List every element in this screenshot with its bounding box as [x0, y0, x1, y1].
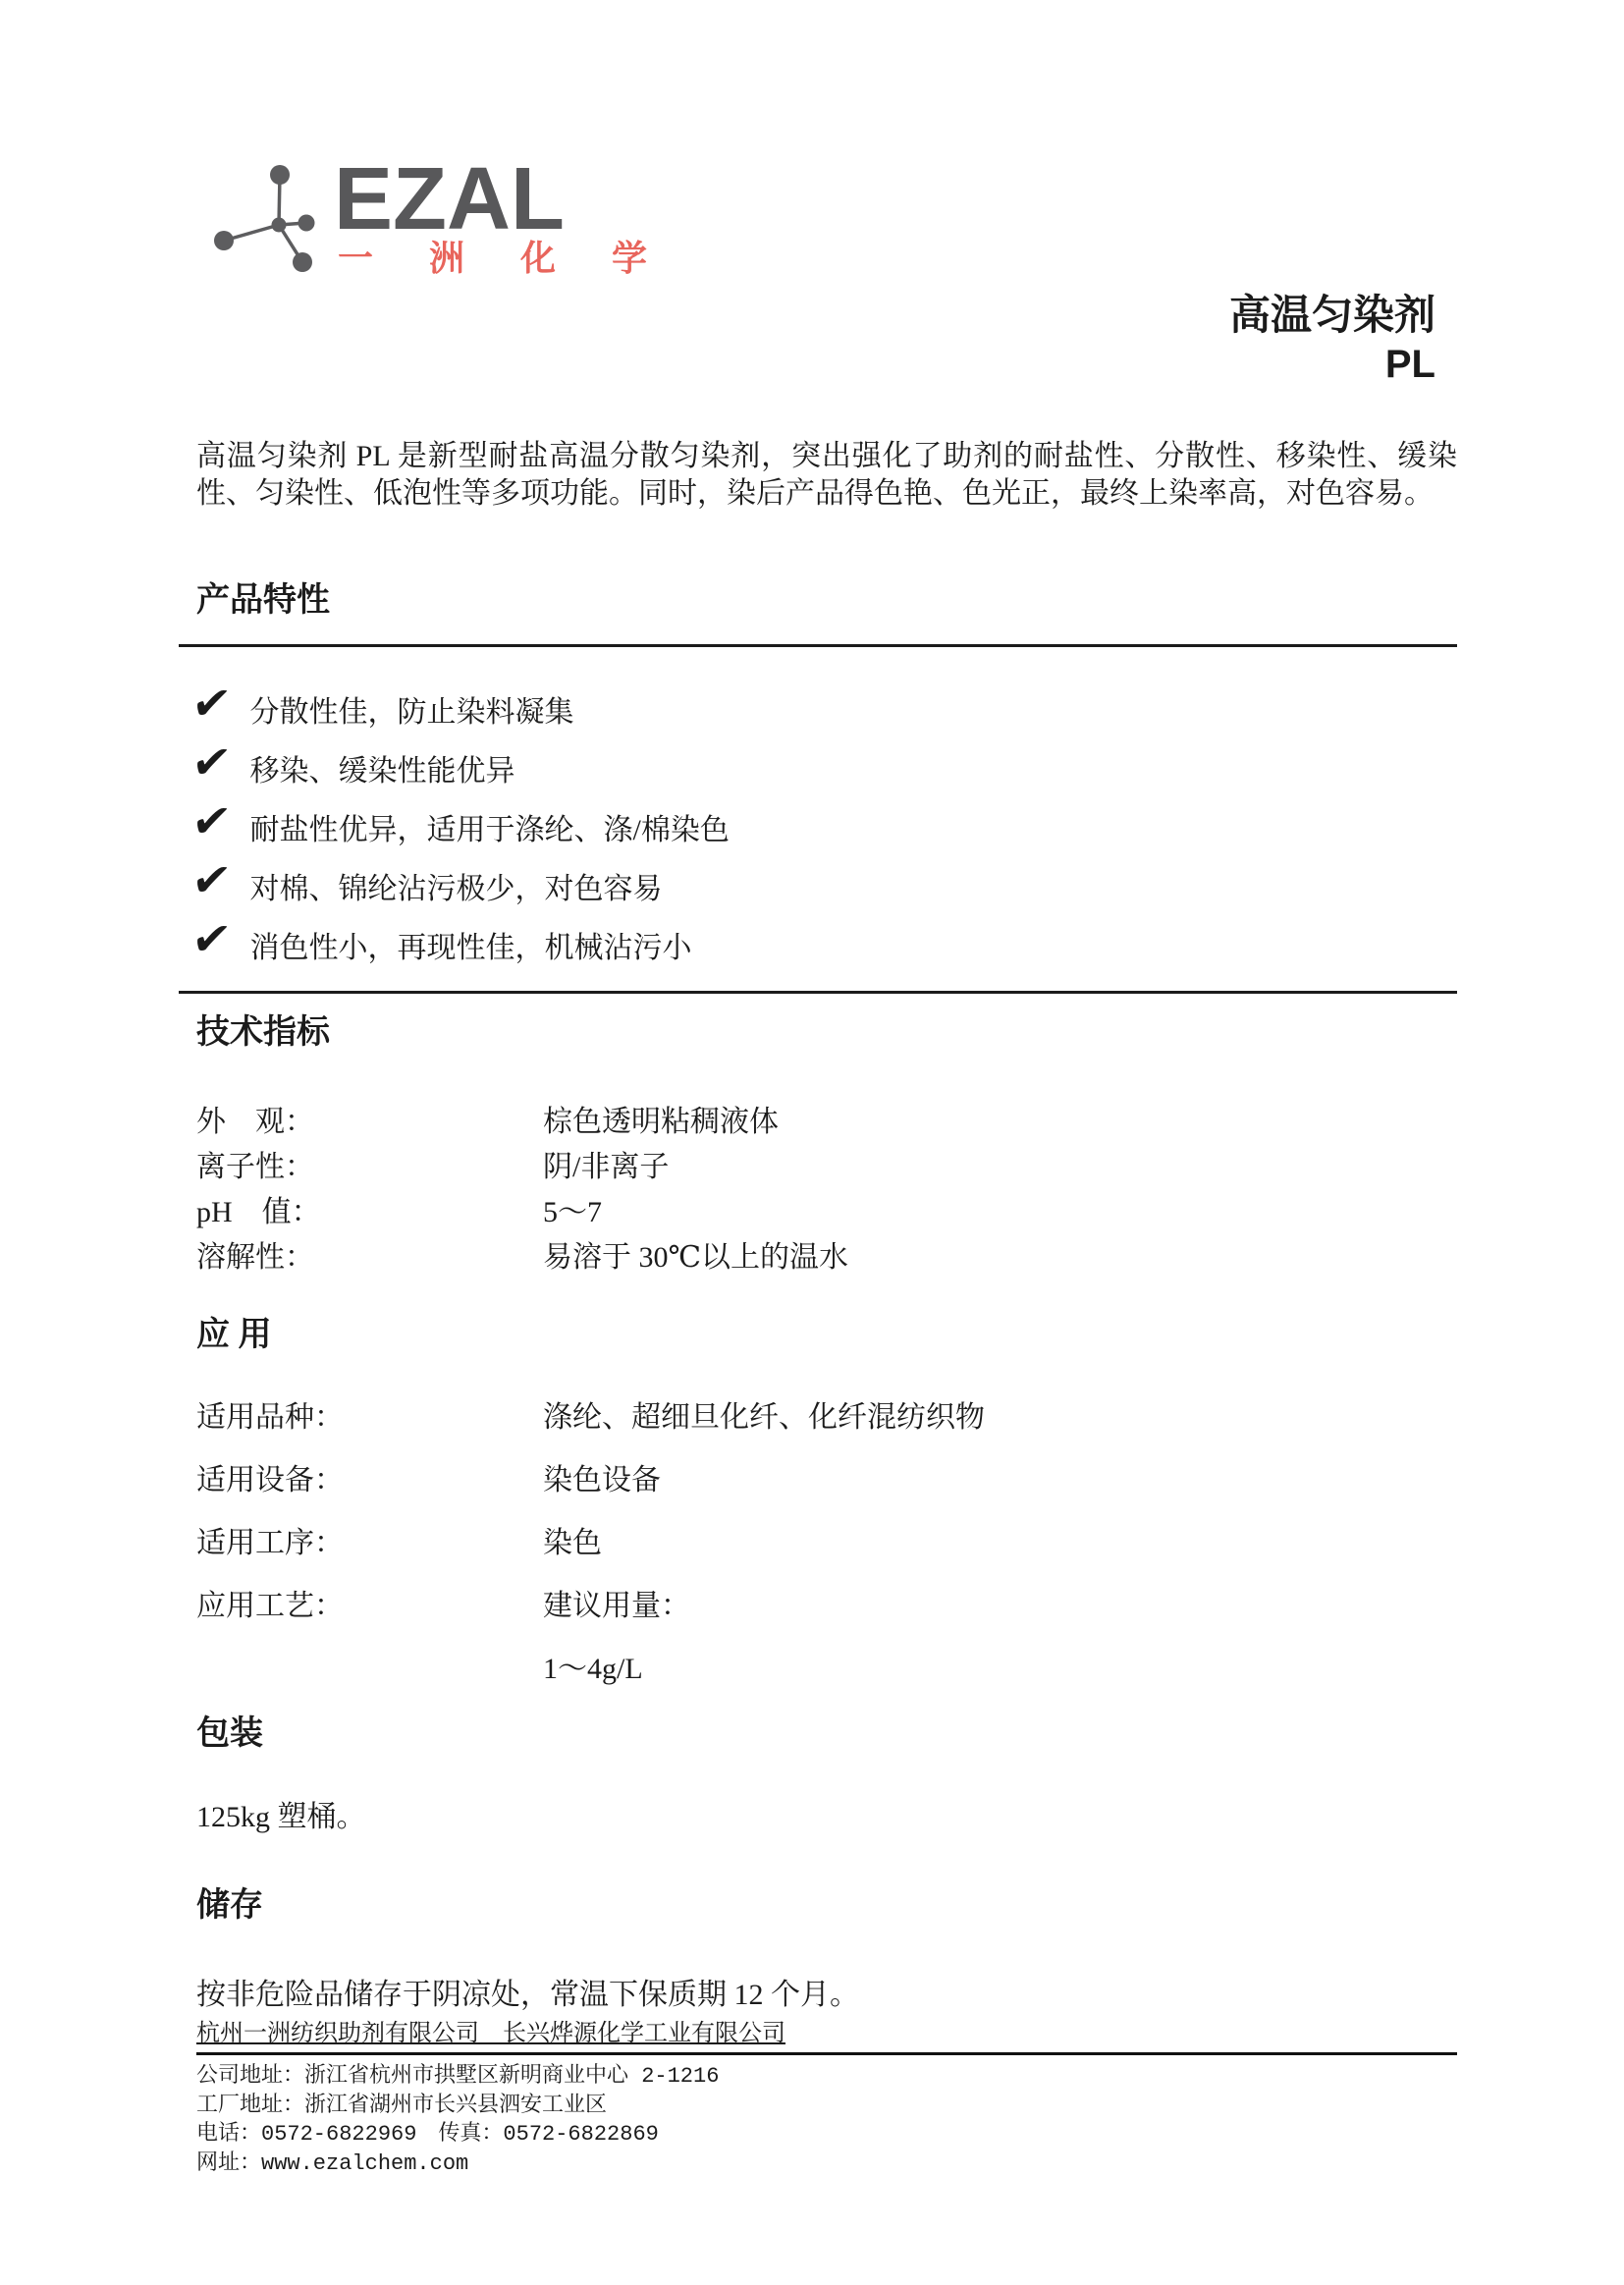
- section-heading-packaging: 包装: [196, 1714, 263, 1754]
- feature-text: 耐盐性优异，适用于涤纶、涤/棉染色: [250, 816, 730, 845]
- section-heading-application: 应 用: [196, 1316, 272, 1355]
- section-heading-features: 产品特性: [196, 581, 330, 621]
- application-value: 1～4g/L: [543, 1651, 643, 1688]
- footer-factory-address: 工厂地址：浙江省湖州市长兴县泗安工业区: [196, 2092, 1457, 2121]
- application-value: 染色: [543, 1525, 602, 1562]
- application-value: 涤纶、超细旦化纤、化纤混纺织物: [543, 1399, 985, 1437]
- product-title-line1: 高温匀染剂: [1229, 291, 1435, 342]
- spec-value: 阴/非离子: [543, 1149, 669, 1186]
- molecule-logo-icon: [191, 147, 349, 295]
- section-heading-storage: 储存: [196, 1886, 263, 1926]
- feature-item: ✔ 耐盐性优异，适用于涤纶、涤/棉染色: [192, 798, 730, 845]
- spec-label: pH 值：: [196, 1194, 321, 1231]
- check-icon: ✔: [189, 680, 234, 726]
- feature-item: ✔ 移染、缓染性能优异: [192, 739, 515, 787]
- product-title-line2: PL: [1229, 342, 1435, 387]
- footer-company-address: 公司地址：浙江省杭州市拱墅区新明商业中心 2-1216: [196, 2062, 1457, 2092]
- check-icon: ✔: [189, 857, 234, 902]
- application-value: 建议用量：: [543, 1588, 690, 1625]
- divider-rule: [179, 644, 1457, 647]
- application-value: 染色设备: [543, 1462, 661, 1499]
- brand-wordmark: EZAL: [334, 155, 565, 244]
- check-icon: ✔: [189, 916, 234, 961]
- spec-label: 外 观：: [196, 1104, 314, 1141]
- feature-item: ✔ 消色性小，再现性佳，机械沾污小: [192, 916, 692, 963]
- feature-text: 移染、缓染性能优异: [250, 757, 515, 787]
- spec-value: 棕色透明粘稠液体: [543, 1104, 779, 1141]
- product-title: 高温匀染剂 PL: [1229, 291, 1435, 387]
- intro-paragraph: 高温匀染剂 PL 是新型耐盐高温分散匀染剂，突出强化了助剂的耐盐性、分散性、移染…: [196, 438, 1457, 512]
- footer-company-names: 杭州一洲纺织助剂有限公司 长兴烨源化学工业有限公司: [196, 2019, 1457, 2055]
- spec-label: 离子性：: [196, 1149, 314, 1186]
- application-label: 适用品种：: [196, 1399, 344, 1437]
- packaging-text: 125kg 塑桶。: [196, 1799, 366, 1836]
- storage-text: 按非危险品储存于阴凉处，常温下保质期 12 个月。: [196, 1977, 859, 2014]
- feature-item: ✔ 分散性佳，防止染料凝集: [192, 680, 574, 728]
- application-label: 应用工艺：: [196, 1588, 344, 1625]
- spec-label: 溶解性：: [196, 1239, 314, 1277]
- footer-contact-block: 公司地址：浙江省杭州市拱墅区新明商业中心 2-1216 工厂地址：浙江省湖州市长…: [196, 2062, 1457, 2178]
- spec-value: 5～7: [543, 1194, 602, 1231]
- application-label: 适用工序：: [196, 1525, 344, 1562]
- check-icon: ✔: [189, 798, 234, 843]
- feature-text: 分散性佳，防止染料凝集: [250, 698, 574, 728]
- document-page: EZAL 一 洲 化 学 高温匀染剂 PL 高温匀染剂 PL 是新型耐盐高温分散…: [0, 0, 1624, 2285]
- feature-text: 消色性小，再现性佳，机械沾污小: [250, 934, 692, 963]
- brand-chinese-name: 一 洲 化 学: [338, 239, 671, 278]
- footer: 杭州一洲纺织助剂有限公司 长兴烨源化学工业有限公司 公司地址：浙江省杭州市拱墅区…: [196, 2019, 1457, 2178]
- divider-rule: [179, 991, 1457, 994]
- spec-value: 易溶于 30℃以上的温水: [543, 1239, 848, 1277]
- feature-item: ✔ 对棉、锦纶沾污极少，对色容易: [192, 857, 663, 904]
- footer-phone-fax: 电话：0572-6822969 传真：0572-6822869: [196, 2120, 1457, 2149]
- section-heading-specs: 技术指标: [196, 1013, 330, 1053]
- feature-text: 对棉、锦纶沾污极少，对色容易: [250, 875, 663, 904]
- application-label: 适用设备：: [196, 1462, 344, 1499]
- check-icon: ✔: [189, 739, 234, 785]
- footer-website: 网址：www.ezalchem.com: [196, 2149, 1457, 2179]
